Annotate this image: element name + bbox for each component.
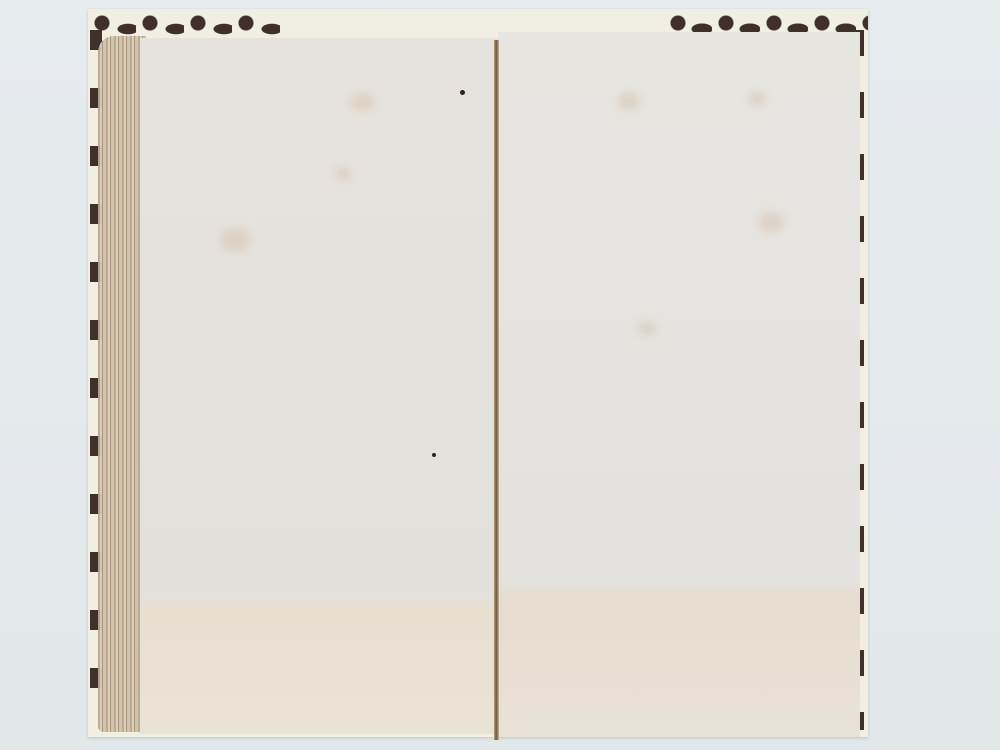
left-page — [140, 38, 502, 734]
right-page — [498, 32, 860, 737]
ink-speck — [432, 453, 436, 457]
foxing-stain — [618, 92, 640, 110]
ink-speck — [460, 90, 465, 95]
foxing-stain — [350, 93, 374, 111]
foxing-stain — [748, 92, 766, 106]
foxing-stain — [335, 168, 351, 180]
foxing-stain — [758, 212, 784, 232]
page-stack-edge — [98, 36, 146, 732]
foxing-stain — [638, 322, 656, 336]
book-gutter — [494, 40, 499, 740]
foxing-stain — [220, 228, 250, 252]
cover-pattern-top-left — [88, 9, 282, 37]
